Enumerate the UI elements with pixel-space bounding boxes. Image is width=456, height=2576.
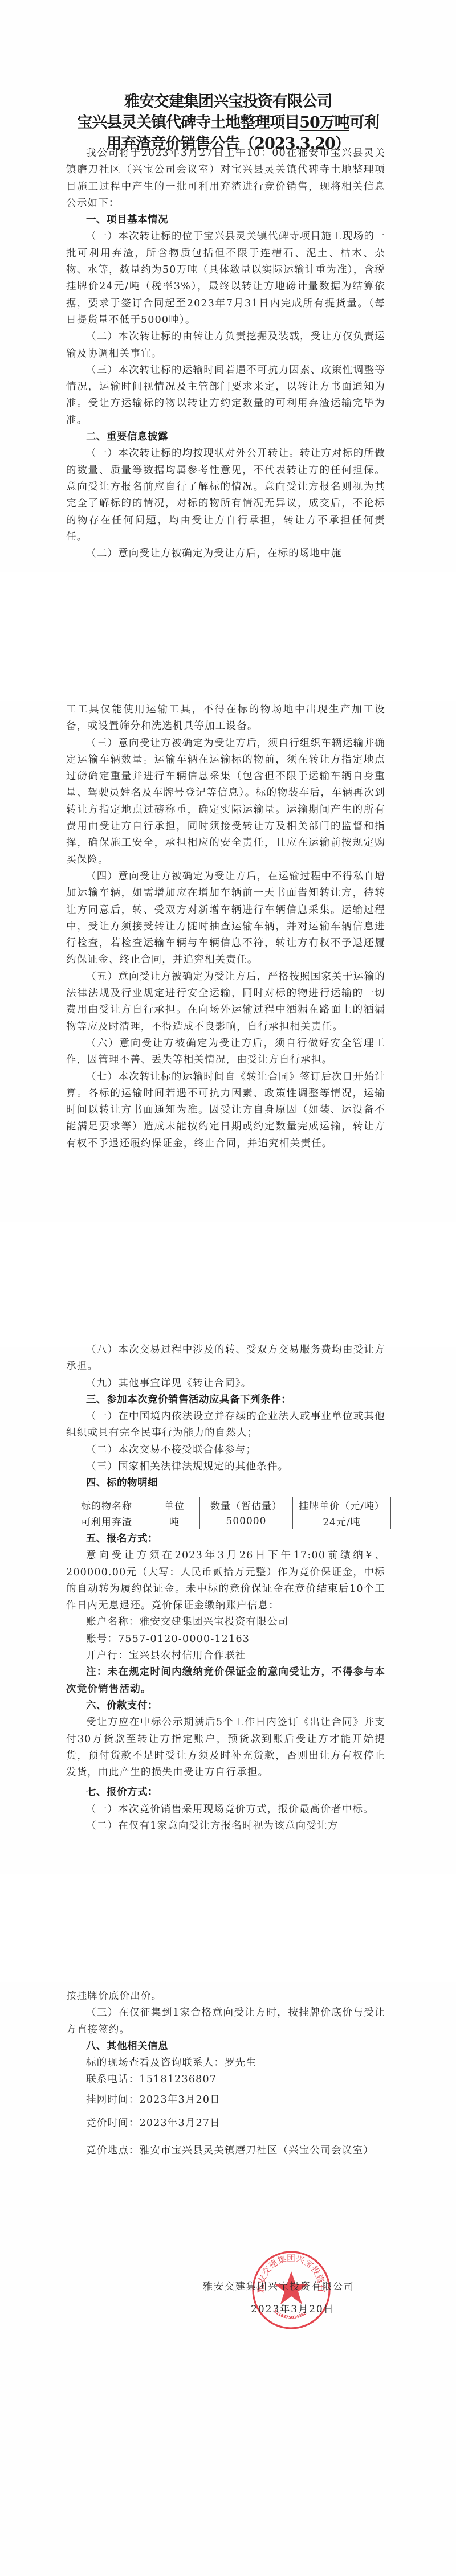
section-2-item-9: （九）其他事宜详见《转让合同》。 <box>66 1375 385 1392</box>
table-header-cell: 单位 <box>149 1497 200 1513</box>
section-8-heading: 八、其他相关信息 <box>66 2038 385 2055</box>
section-7-heading: 七、报价方式： <box>66 1784 385 1801</box>
section-7-item-1: （一）本次竞价销售采用现场竞价方式，报价最高价者中标。 <box>66 1801 385 1818</box>
page-1-body: 我公司将于2023年3月27日上午10：00在雅安市宝兴县灵关镇磨刀社区（兴宝公… <box>66 145 385 562</box>
page-2-body: 工工具仅能使用运输工具，不得在标的物场地中出现生产加工设备，或设置筛分和洗选机具… <box>66 702 385 1152</box>
auction-date: 竞价时间：2023年3月27日 <box>66 2115 385 2132</box>
section-2-heading: 二、重要信息披露 <box>66 429 385 445</box>
account-name: 账户名称：雅安交建集团兴宝投资有限公司 <box>66 1614 385 1631</box>
intro-paragraph: 我公司将于2023年3月27日上午10：00在雅安市宝兴县灵关镇磨刀社区（兴宝公… <box>66 145 385 212</box>
contact-phone: 联系电话：15181236807 <box>66 2071 385 2088</box>
table-header-cell: 标的物名称 <box>64 1497 149 1513</box>
section-2-item-8: （八）本次交易过程中涉及的转、受双方交易服务费均由受让方承担。 <box>66 1342 385 1375</box>
section-2-item-4: （四）意向受让方被确定为受让方后，在运输过程中不得私自增加运输车辆，如需增加应在… <box>66 869 385 969</box>
section-5-heading: 五、报名方式： <box>66 1531 385 1547</box>
page-3-body-lower: 五、报名方式： 意向受让方须在2023年3月26日下午17:00前缴纳¥、200… <box>66 1531 385 1834</box>
section-2-item-2-end: 工工具仅能使用运输工具，不得在标的物场地中出现生产加工设备，或设置筛分和洗选机具… <box>66 702 385 735</box>
section-2-item-5: （五）意向受让方被确定为受让方后，严格按照国家关于运输的法律法规及行业规定进行安… <box>66 969 385 1035</box>
section-4-heading: 四、标的物明细 <box>66 1475 385 1492</box>
section-6-heading: 六、价款支付： <box>66 1698 385 1714</box>
table-cell: 24元/吨 <box>293 1513 391 1529</box>
signature-date: 2023年3月20日 <box>251 2301 335 2315</box>
account-number: 账号：7557-0120-0000-12163 <box>66 1631 385 1648</box>
title-line-1: 雅安交建集团兴宝投资有限公司 <box>0 91 456 112</box>
section-2-item-1: （一）本次转让标的均按现状对外公开转让。转让方对标的所做的数量、质量等数据均属参… <box>66 445 385 546</box>
table-cell: 吨 <box>149 1513 200 1529</box>
section-1-item-1: （一）本次转让标的位于宝兴县灵关镇代碑寺项目施工现场的一批可利用弃渣，所含物质包… <box>66 228 385 329</box>
section-3-item-2: （二）本次交易不接受联合体参与； <box>66 1442 385 1459</box>
section-1-heading: 一、项目基本情况 <box>66 212 385 228</box>
table-header-cell: 挂牌单价（元/吨） <box>293 1497 391 1513</box>
section-3-item-3: （三）国家相关法律法规规定的其他条件。 <box>66 1459 385 1475</box>
section-3-item-1: （一）在中国境内依法设立并存续的企业法人或事业单位或其他组织或具有完全民事行为能… <box>66 1408 385 1442</box>
signature-company: 雅安交建集团兴宝投资有限公司 <box>203 2278 355 2292</box>
table-header-cell: 数量（暂估量） <box>200 1497 293 1513</box>
items-table: 标的物名称 单位 数量（暂估量） 挂牌单价（元/吨） 可利用弃渣 吨 50000… <box>64 1497 391 1529</box>
table-cell: 可利用弃渣 <box>64 1513 149 1529</box>
table-header-row: 标的物名称 单位 数量（暂估量） 挂牌单价（元/吨） <box>64 1497 391 1513</box>
title-line-2: 宝兴县灵关镇代碑寺土地整理项目50万吨可利 <box>0 112 456 133</box>
title-line-2-prefix: 宝兴县灵关镇代碑寺土地整理项目 <box>77 114 299 132</box>
listing-date: 挂网时间：2023年3月20日 <box>66 2092 385 2108</box>
auction-place: 竞价地点：雅安市宝兴县灵关镇磨刀社区（兴宝公司会议室） <box>66 2139 385 2163</box>
section-1-item-2: （二）本次转让标的由转让方负责挖掘及装载，受让方仅负责运输及协调相关事宜。 <box>66 329 385 362</box>
table-cell: 500000 <box>200 1513 293 1529</box>
section-1-item-3: （三）本次转让标的运输时间若遇不可抗力因素、政策性调整等情况，运输时间视情况及主… <box>66 362 385 429</box>
table-row: 可利用弃渣 吨 500000 24元/吨 <box>64 1513 391 1529</box>
section-2-item-7: （七）本次转让标的运输时间自《转让合同》签订后次日开始计算。各标的运输时间若遇不… <box>66 1069 385 1152</box>
title-line-2-suffix: 可利 <box>349 114 379 132</box>
section-2-item-3: （三）意向受让方被确定为受让方后，须自行组织车辆运输并确定运输车辆数量。运输车辆… <box>66 735 385 869</box>
section-2-item-2-start: （二）意向受让方被确定为受让方后，在标的场地中施 <box>66 546 385 562</box>
section-7-item-2-start: （二）在仅有1家意向受让方报名时视为该意向受让方 <box>66 1818 385 1834</box>
section-3-heading: 三、参加本次竞价销售活动应具备下列条件： <box>66 1392 385 1408</box>
bank-name: 开户行：宝兴县农村信用合作联社 <box>66 1648 385 1664</box>
title-quantity-underlined: 50万吨 <box>299 114 349 132</box>
contact-person: 标的现场查看及咨询联系人：罗先生 <box>66 2055 385 2071</box>
section-7-item-2-end: 按挂牌价底价出价。 <box>66 1988 385 2005</box>
page-3-body: （八）本次交易过程中涉及的转、受双方交易服务费均由受让方承担。 （九）其他事宜详… <box>66 1342 385 1492</box>
page-4-body: 按挂牌价底价出价。 （三）在仅征集到1家合格意向受让方时，按挂牌价底价与受让方直… <box>66 1988 385 2163</box>
section-5-text: 意向受让方须在2023年3月26日下午17:00前缴纳¥、200000.00元（… <box>66 1547 385 1614</box>
section-6-text: 受让方应在中标公示期满后5个工作日内签订《出让合同》并支付30万货款至转让方指定… <box>66 1714 385 1781</box>
section-7-item-3: （三）在仅征集到1家合格意向受让方时，按挂牌价底价与受让方直接签约。 <box>66 2005 385 2038</box>
section-2-item-6: （六）意向受让方被确定为受让方后，须自行做好安全管理工作，因管理不善、丢失等相关… <box>66 1035 385 1069</box>
deposit-note: 注：未在规定时间内缴纳竞价保证金的意向受让方，不得参与本次竞价销售活动。 <box>66 1664 385 1698</box>
